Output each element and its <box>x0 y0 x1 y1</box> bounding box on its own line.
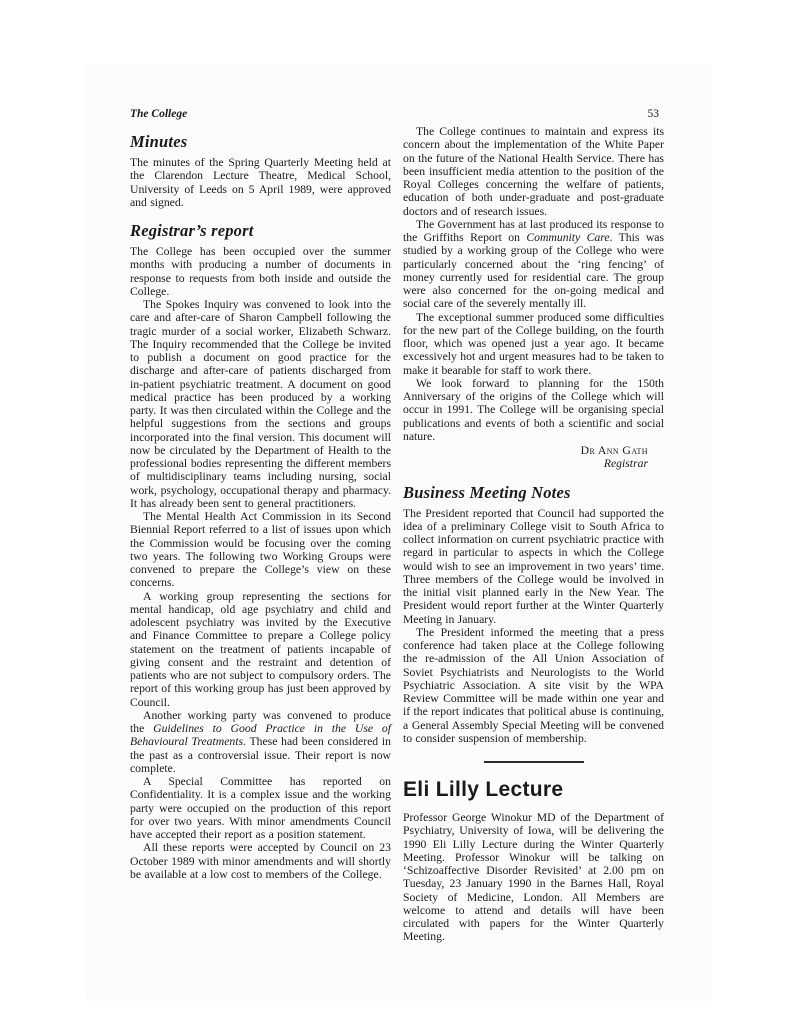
text-run: Professor George Winokur MD of the Depar… <box>403 811 664 943</box>
text-run: The Spokes Inquiry was convened to look … <box>130 298 391 510</box>
section-heading-minutes: Minutes <box>130 133 391 151</box>
paragraph: The Mental Health Act Commission in its … <box>130 510 391 590</box>
paragraph: The College has been occupied over the s… <box>130 245 391 298</box>
signature-role: Registrar <box>403 457 664 470</box>
text-run: The President informed the meeting that … <box>403 626 664 745</box>
running-header: The College <box>130 108 187 120</box>
text-run: The College has been occupied over the s… <box>130 245 391 298</box>
paragraph: The minutes of the Spring Quarterly Meet… <box>130 156 391 209</box>
paragraph: All these reports were accepted by Counc… <box>130 841 391 881</box>
left-column: MinutesThe minutes of the Spring Quarter… <box>130 123 391 944</box>
paragraph: The Spokes Inquiry was convened to look … <box>130 298 391 510</box>
paragraph: The College continues to maintain and ex… <box>403 125 664 218</box>
section-heading-eli-lilly-lecture: Eli Lilly Lecture <box>403 778 664 802</box>
paragraph: The Government has at last produced its … <box>403 218 664 311</box>
italic-text-run: Community Care <box>526 231 609 244</box>
text-run: The exceptional summer produced some dif… <box>403 311 664 377</box>
text-run: A Special Committee has reported on Conf… <box>130 775 391 841</box>
paragraph: We look forward to planning for the 150t… <box>403 377 664 443</box>
page-number: 53 <box>648 108 665 120</box>
paragraph: Another working party was convened to pr… <box>130 709 391 775</box>
two-column-layout: MinutesThe minutes of the Spring Quarter… <box>130 123 664 944</box>
right-column: The College continues to maintain and ex… <box>403 123 664 944</box>
text-run: A working group representing the section… <box>130 590 391 709</box>
scanned-page-background: The College 53 MinutesThe minutes of the… <box>0 0 800 1036</box>
document-page: The College 53 MinutesThe minutes of the… <box>87 66 710 999</box>
page-header: The College 53 <box>130 108 664 120</box>
signature-name: Dr Ann Gath <box>403 444 664 457</box>
paragraph: The President informed the meeting that … <box>403 626 664 745</box>
text-run: We look forward to planning for the 150t… <box>403 377 664 443</box>
paragraph: A working group representing the section… <box>130 590 391 709</box>
paragraph: Professor George Winokur MD of the Depar… <box>403 811 664 944</box>
text-run: The President reported that Council had … <box>403 507 664 626</box>
paragraph: The exceptional summer produced some dif… <box>403 311 664 377</box>
text-run: The College continues to maintain and ex… <box>403 125 664 218</box>
section-heading-business-meeting-notes: Business Meeting Notes <box>403 484 664 502</box>
text-run: All these reports were accepted by Counc… <box>130 841 391 881</box>
text-run: The Mental Health Act Commission in its … <box>130 510 391 589</box>
paragraph: A Special Committee has reported on Conf… <box>130 775 391 841</box>
text-run: The minutes of the Spring Quarterly Meet… <box>130 156 391 209</box>
paragraph: The President reported that Council had … <box>403 507 664 626</box>
section-heading-registrar-s-report: Registrar’s report <box>130 222 391 240</box>
section-divider <box>484 761 584 763</box>
